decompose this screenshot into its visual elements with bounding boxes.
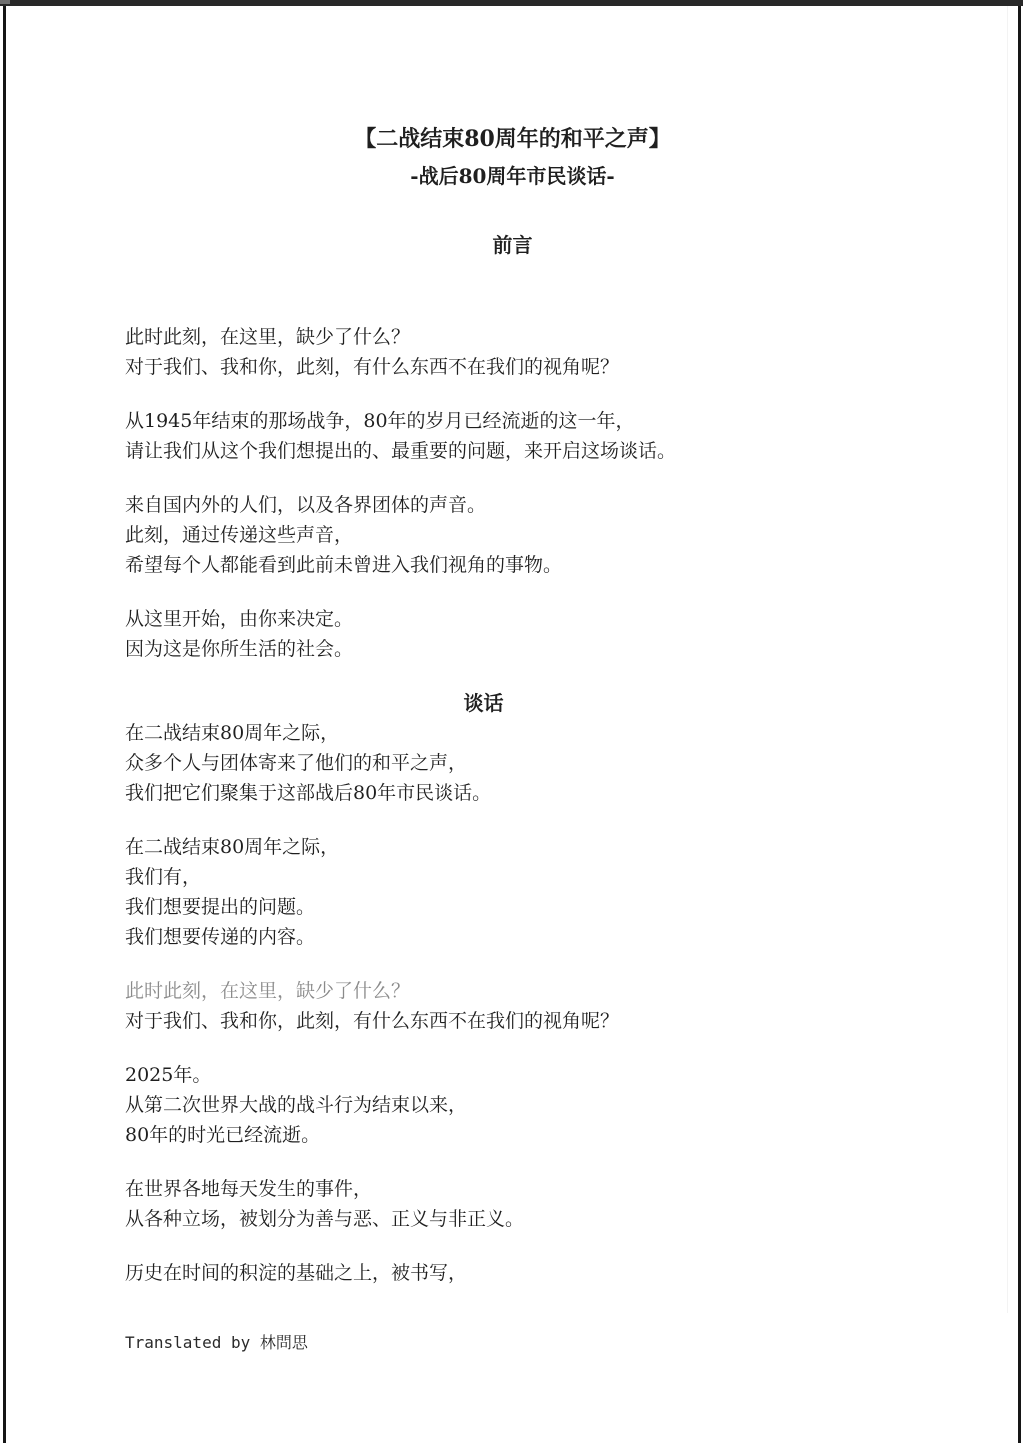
window-top-edge — [0, 0, 1023, 6]
text-line: 请让我们从这个我们想提出的、最重要的问题，来开启这场谈话。 — [125, 436, 900, 466]
text-line: 我们想要提出的问题。 — [125, 892, 900, 922]
text-line: 我们把它们聚集于这部战后80年市民谈话。 — [125, 778, 900, 808]
talk-paragraph-4: 2025年。 从第二次世界大战的战斗行为结束以来， 80年的时光已经流逝。 — [125, 1060, 900, 1150]
text-line: 从这里开始，由你来决定。 — [125, 604, 900, 634]
text-line: 从第二次世界大战的战斗行为结束以来， — [125, 1090, 900, 1120]
doc-title: 【二战结束80周年的和平之声】 — [125, 0, 900, 156]
text-line: 从1945年结束的那场战争，80年的岁月已经流逝的这一年， — [125, 406, 900, 436]
text-line: 此刻，通过传递这些声音， — [125, 520, 900, 550]
preface-paragraph-2: 从1945年结束的那场战争，80年的岁月已经流逝的这一年， 请让我们从这个我们想… — [125, 406, 900, 466]
text-line: 对于我们、我和你，此刻，有什么东西不在我们的视角呢？ — [125, 1006, 900, 1036]
talk-paragraph-6: 历史在时间的积淀的基础之上，被书写， — [125, 1258, 900, 1288]
text-line-muted: 此时此刻，在这里，缺少了什么？ — [125, 976, 900, 1006]
preface-paragraph-3: 来自国内外的人们，以及各界团体的声音。 此刻，通过传递这些声音， 希望每个人都能… — [125, 490, 900, 580]
text-line: 我们想要传递的内容。 — [125, 922, 900, 952]
talk-paragraph-3: 此时此刻，在这里，缺少了什么？ 对于我们、我和你，此刻，有什么东西不在我们的视角… — [125, 976, 900, 1036]
window-right-edge — [1018, 6, 1021, 1443]
talk-heading: 谈话 — [125, 688, 842, 718]
text-line: 80年的时光已经流逝。 — [125, 1120, 900, 1150]
translator-credit: Translated by 林問思 — [125, 1330, 900, 1356]
talk-paragraph-5: 在世界各地每天发生的事件， 从各种立场，被划分为善与恶、正义与非正义。 — [125, 1174, 900, 1234]
text-line: 对于我们、我和你，此刻，有什么东西不在我们的视角呢？ — [125, 352, 900, 382]
text-line: 此时此刻，在这里，缺少了什么？ — [125, 322, 900, 352]
preface-paragraph-1: 此时此刻，在这里，缺少了什么？ 对于我们、我和你，此刻，有什么东西不在我们的视角… — [125, 322, 900, 382]
text-line: 2025年。 — [125, 1060, 900, 1090]
text-line: 从各种立场，被划分为善与恶、正义与非正义。 — [125, 1204, 900, 1234]
document-content: 【二战结束80周年的和平之声】 -战后80周年市民谈话- 前言 此时此刻，在这里… — [0, 0, 1023, 1356]
text-line: 在二战结束80周年之际， — [125, 832, 900, 862]
text-line: 在二战结束80周年之际， — [125, 718, 900, 748]
doc-subtitle: -战后80周年市民谈话- — [125, 156, 900, 196]
window-corner-artifact — [0, 0, 10, 4]
preface-paragraph-4: 从这里开始，由你来决定。 因为这是你所生活的社会。 — [125, 604, 900, 664]
text-line: 来自国内外的人们，以及各界团体的声音。 — [125, 490, 900, 520]
text-line: 历史在时间的积淀的基础之上，被书写， — [125, 1258, 900, 1288]
talk-paragraph-2: 在二战结束80周年之际， 我们有， 我们想要提出的问题。 我们想要传递的内容。 — [125, 832, 900, 952]
text-line: 我们有， — [125, 862, 900, 892]
text-line: 众多个人与团体寄来了他们的和平之声， — [125, 748, 900, 778]
window-left-edge — [3, 6, 6, 1443]
text-line: 希望每个人都能看到此前未曾进入我们视角的事物。 — [125, 550, 900, 580]
preface-heading: 前言 — [125, 230, 900, 260]
text-line: 在世界各地每天发生的事件， — [125, 1174, 900, 1204]
text-line: 因为这是你所生活的社会。 — [125, 634, 900, 664]
document-page: 【二战结束80周年的和平之声】 -战后80周年市民谈话- 前言 此时此刻，在这里… — [0, 0, 1023, 1443]
talk-paragraph-1: 在二战结束80周年之际， 众多个人与团体寄来了他们的和平之声， 我们把它们聚集于… — [125, 718, 900, 808]
